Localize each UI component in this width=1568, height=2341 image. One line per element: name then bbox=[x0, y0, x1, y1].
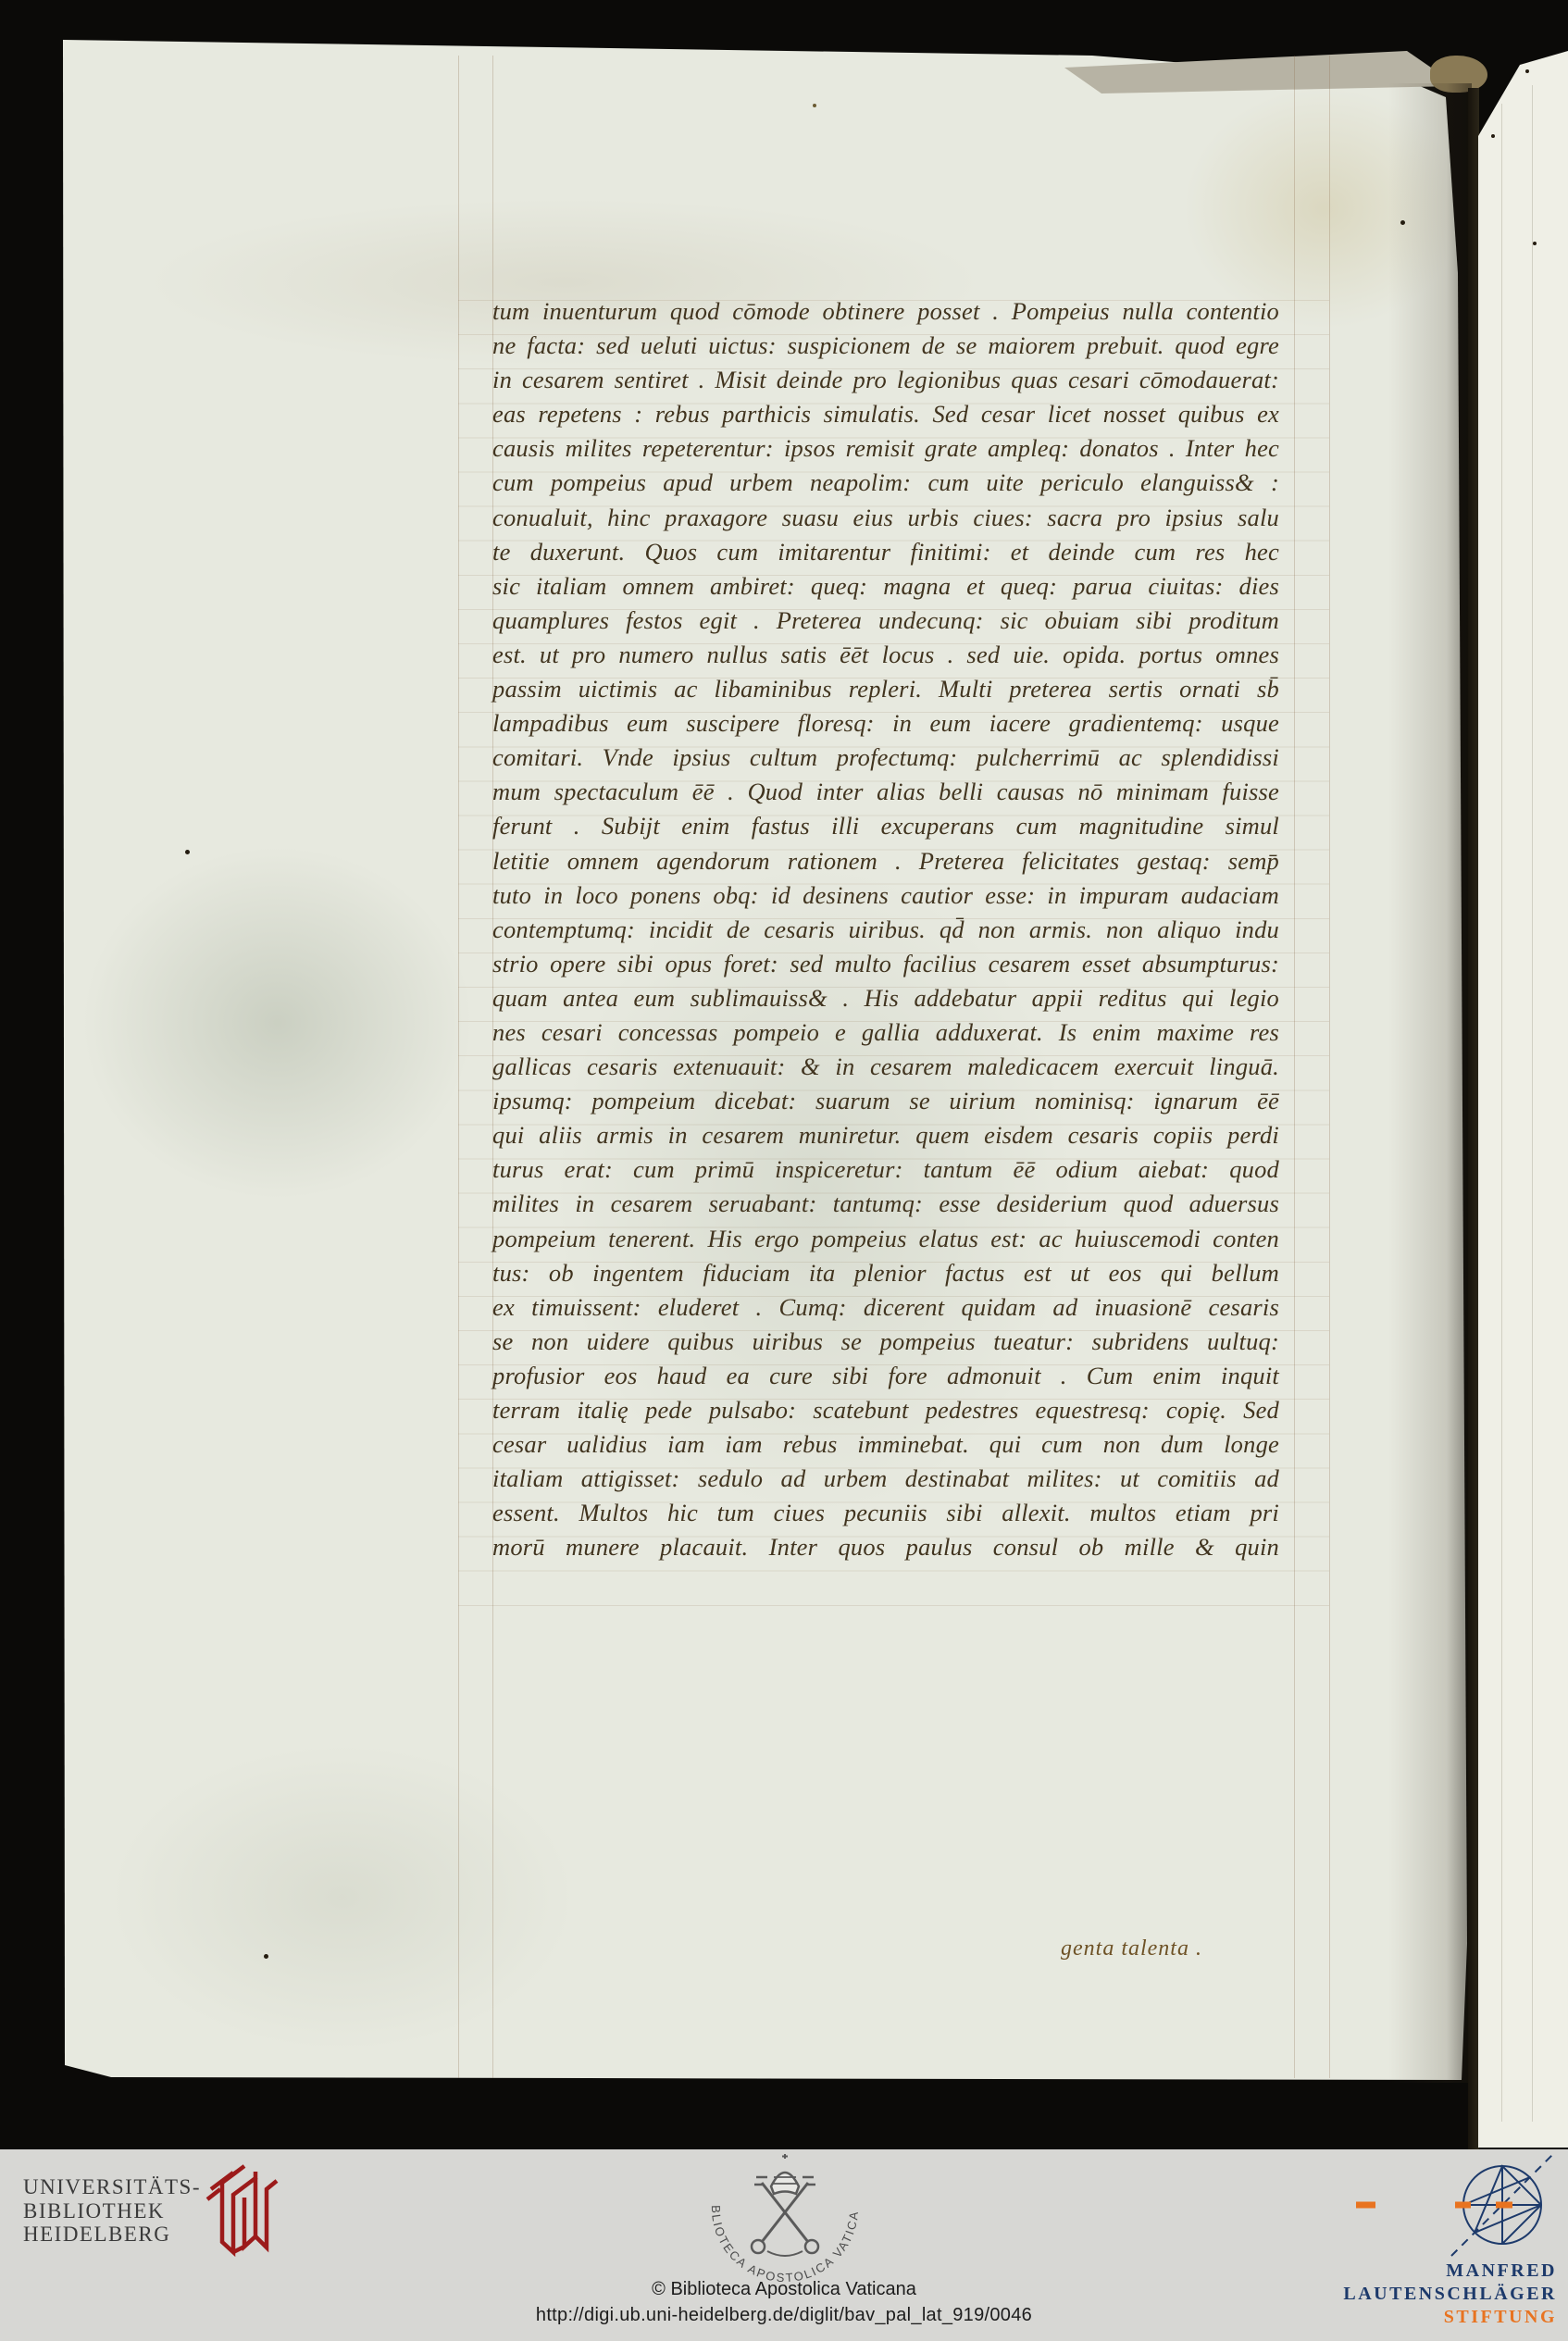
page-crease bbox=[1501, 104, 1502, 2122]
parchment-stain bbox=[111, 1745, 574, 2050]
mls-line2: LAUTENSCHLÄGER bbox=[1343, 2283, 1557, 2306]
manuscript-text-block: tum inuenturum quod cōmode obtinere poss… bbox=[492, 294, 1279, 1564]
manuscript-text-line: essent. Multos hic tum ciues pecuniis si… bbox=[492, 1496, 1279, 1530]
speck bbox=[813, 104, 816, 107]
parchment-stain bbox=[83, 847, 472, 1199]
marginal-note: genta talenta . bbox=[1061, 1936, 1202, 1961]
manuscript-text-line: tus: ob ingentem fiduciam ita plenior fa… bbox=[492, 1256, 1279, 1290]
facing-page-edge bbox=[1478, 48, 1568, 2148]
manuscript-text-line: italiam attigisset: sedulo ad urbem dest… bbox=[492, 1462, 1279, 1496]
page-crease bbox=[1532, 85, 1533, 2122]
digitized-manuscript-scan: tum inuenturum quod cōmode obtinere poss… bbox=[0, 0, 1568, 2341]
manuscript-text-line: est. ut pro numero nullus satis ēēt locu… bbox=[492, 638, 1279, 672]
gutter-shadow bbox=[1388, 83, 1472, 2083]
mls-line1: MANFRED bbox=[1343, 2260, 1557, 2283]
manuscript-text-line: passim uictimis ac libaminibus repleri. … bbox=[492, 672, 1279, 706]
manuscript-text-line: te duxerunt. Quos cum imitarentur finiti… bbox=[492, 535, 1279, 569]
manuscript-text-line: tum inuenturum quod cōmode obtinere poss… bbox=[492, 294, 1279, 329]
manuscript-text-line: qui aliis armis in cesarem muniretur. qu… bbox=[492, 1118, 1279, 1152]
vatican-library-emblem: BIBLIOTECA APOSTOLICA VATICANA bbox=[697, 2153, 873, 2292]
vatican-copyright: © Biblioteca Apostolica Vaticana bbox=[0, 2279, 1568, 2300]
manuscript-text-line: eas repetens : rebus parthicis simulatis… bbox=[492, 397, 1279, 431]
manuscript-text-line: quamplures festos egit . Preterea undecu… bbox=[492, 604, 1279, 638]
ub-heidelberg-wordmark: UNIVERSITÄTS- BIBLIOTHEK HEIDELBERG bbox=[23, 2175, 201, 2247]
manuscript-text-line: strio opere sibi opus foret: sed multo f… bbox=[492, 947, 1279, 981]
manuscript-text-line: sic italiam omnem ambiret: queq: magna e… bbox=[492, 569, 1279, 604]
mls-wordmark: MANFRED LAUTENSCHLÄGER STIFTUNG bbox=[1343, 2260, 1557, 2329]
mls-line3: STIFTUNG bbox=[1343, 2306, 1557, 2329]
manuscript-text-line: milites in cesarem seruabant: tantumq: e… bbox=[492, 1187, 1279, 1221]
ub-line2: BIBLIOTHEK bbox=[23, 2199, 201, 2223]
manuscript-text-line: ne facta: sed ueluti uictus: suspicionem… bbox=[492, 329, 1279, 363]
manuscript-text-line: turus erat: cum primū inspiceretur: tant… bbox=[492, 1152, 1279, 1187]
manuscript-text-line: ex timuissent: eluderet . Cumq: dicerent… bbox=[492, 1290, 1279, 1325]
manuscript-text-line: ipsumq: pompeium dicebat: suarum se uiri… bbox=[492, 1084, 1279, 1118]
manuscript-text-line: gallicas cesaris extenuauit: & in cesare… bbox=[492, 1050, 1279, 1084]
manuscript-text-line: tuto in loco ponens obq: id desinens cau… bbox=[492, 878, 1279, 913]
ub-line3: HEIDELBERG bbox=[23, 2223, 201, 2247]
wormhole bbox=[185, 850, 190, 854]
manuscript-text-line: in cesarem sentiret . Misit deinde pro l… bbox=[492, 363, 1279, 397]
manuscript-text-line: causis milites repeterentur: ipsos remis… bbox=[492, 431, 1279, 466]
manuscript-text-line: cum pompeius apud urbem neapolim: cum ui… bbox=[492, 466, 1279, 500]
wormhole bbox=[1400, 220, 1405, 225]
manuscript-text-line: pompeium tenerent. His ergo pompeius ela… bbox=[492, 1222, 1279, 1256]
manuscript-text-line: ferunt . Subijt enim fastus illi excuper… bbox=[492, 809, 1279, 843]
digitization-url: http://digi.ub.uni-heidelberg.de/diglit/… bbox=[0, 2305, 1568, 2326]
manuscript-text-line: letitie omnem agendorum rationem . Prete… bbox=[492, 844, 1279, 878]
manuscript-text-line: profusior eos haud ea cure sibi fore adm… bbox=[492, 1359, 1279, 1393]
ub-line1: UNIVERSITÄTS- bbox=[23, 2175, 201, 2199]
mls-compass-logo bbox=[1340, 2140, 1562, 2260]
manuscript-text-line: cesar ualidius iam iam rebus imminebat. … bbox=[492, 1427, 1279, 1462]
manuscript-text-line: morū munere placauit. Inter quos paulus … bbox=[492, 1530, 1279, 1564]
manuscript-text-line: mum spectaculum ēē . Quod inter alias be… bbox=[492, 775, 1279, 809]
margin-ruling-right bbox=[1329, 56, 1330, 2078]
wormhole bbox=[1525, 69, 1529, 73]
manuscript-text-line: comitari. Vnde ipsius cultum profectumq:… bbox=[492, 741, 1279, 775]
wormhole bbox=[264, 1954, 268, 1959]
manuscript-text-line: nes cesari concessas pompeio e gallia ad… bbox=[492, 1015, 1279, 1050]
wormhole bbox=[1533, 242, 1537, 245]
manuscript-text-line: lampadibus eum suscipere floresq: in eum… bbox=[492, 706, 1279, 741]
manuscript-text-line: se non uidere quibus uiribus se pompeius… bbox=[492, 1325, 1279, 1359]
manuscript-text-line: quam antea eum sublimauiss& . His addeba… bbox=[492, 981, 1279, 1015]
gutter-line bbox=[1468, 88, 1479, 2152]
manuscript-text-line: terram italię pede pulsabo: scatebunt pe… bbox=[492, 1393, 1279, 1427]
manuscript-text-line: conualuit, hinc praxagore suasu eius urb… bbox=[492, 501, 1279, 535]
ub-heidelberg-book-logo bbox=[205, 2160, 280, 2267]
manuscript-text-line: contemptumq: incidit de cesaris uiribus.… bbox=[492, 913, 1279, 947]
wormhole bbox=[1491, 134, 1495, 138]
